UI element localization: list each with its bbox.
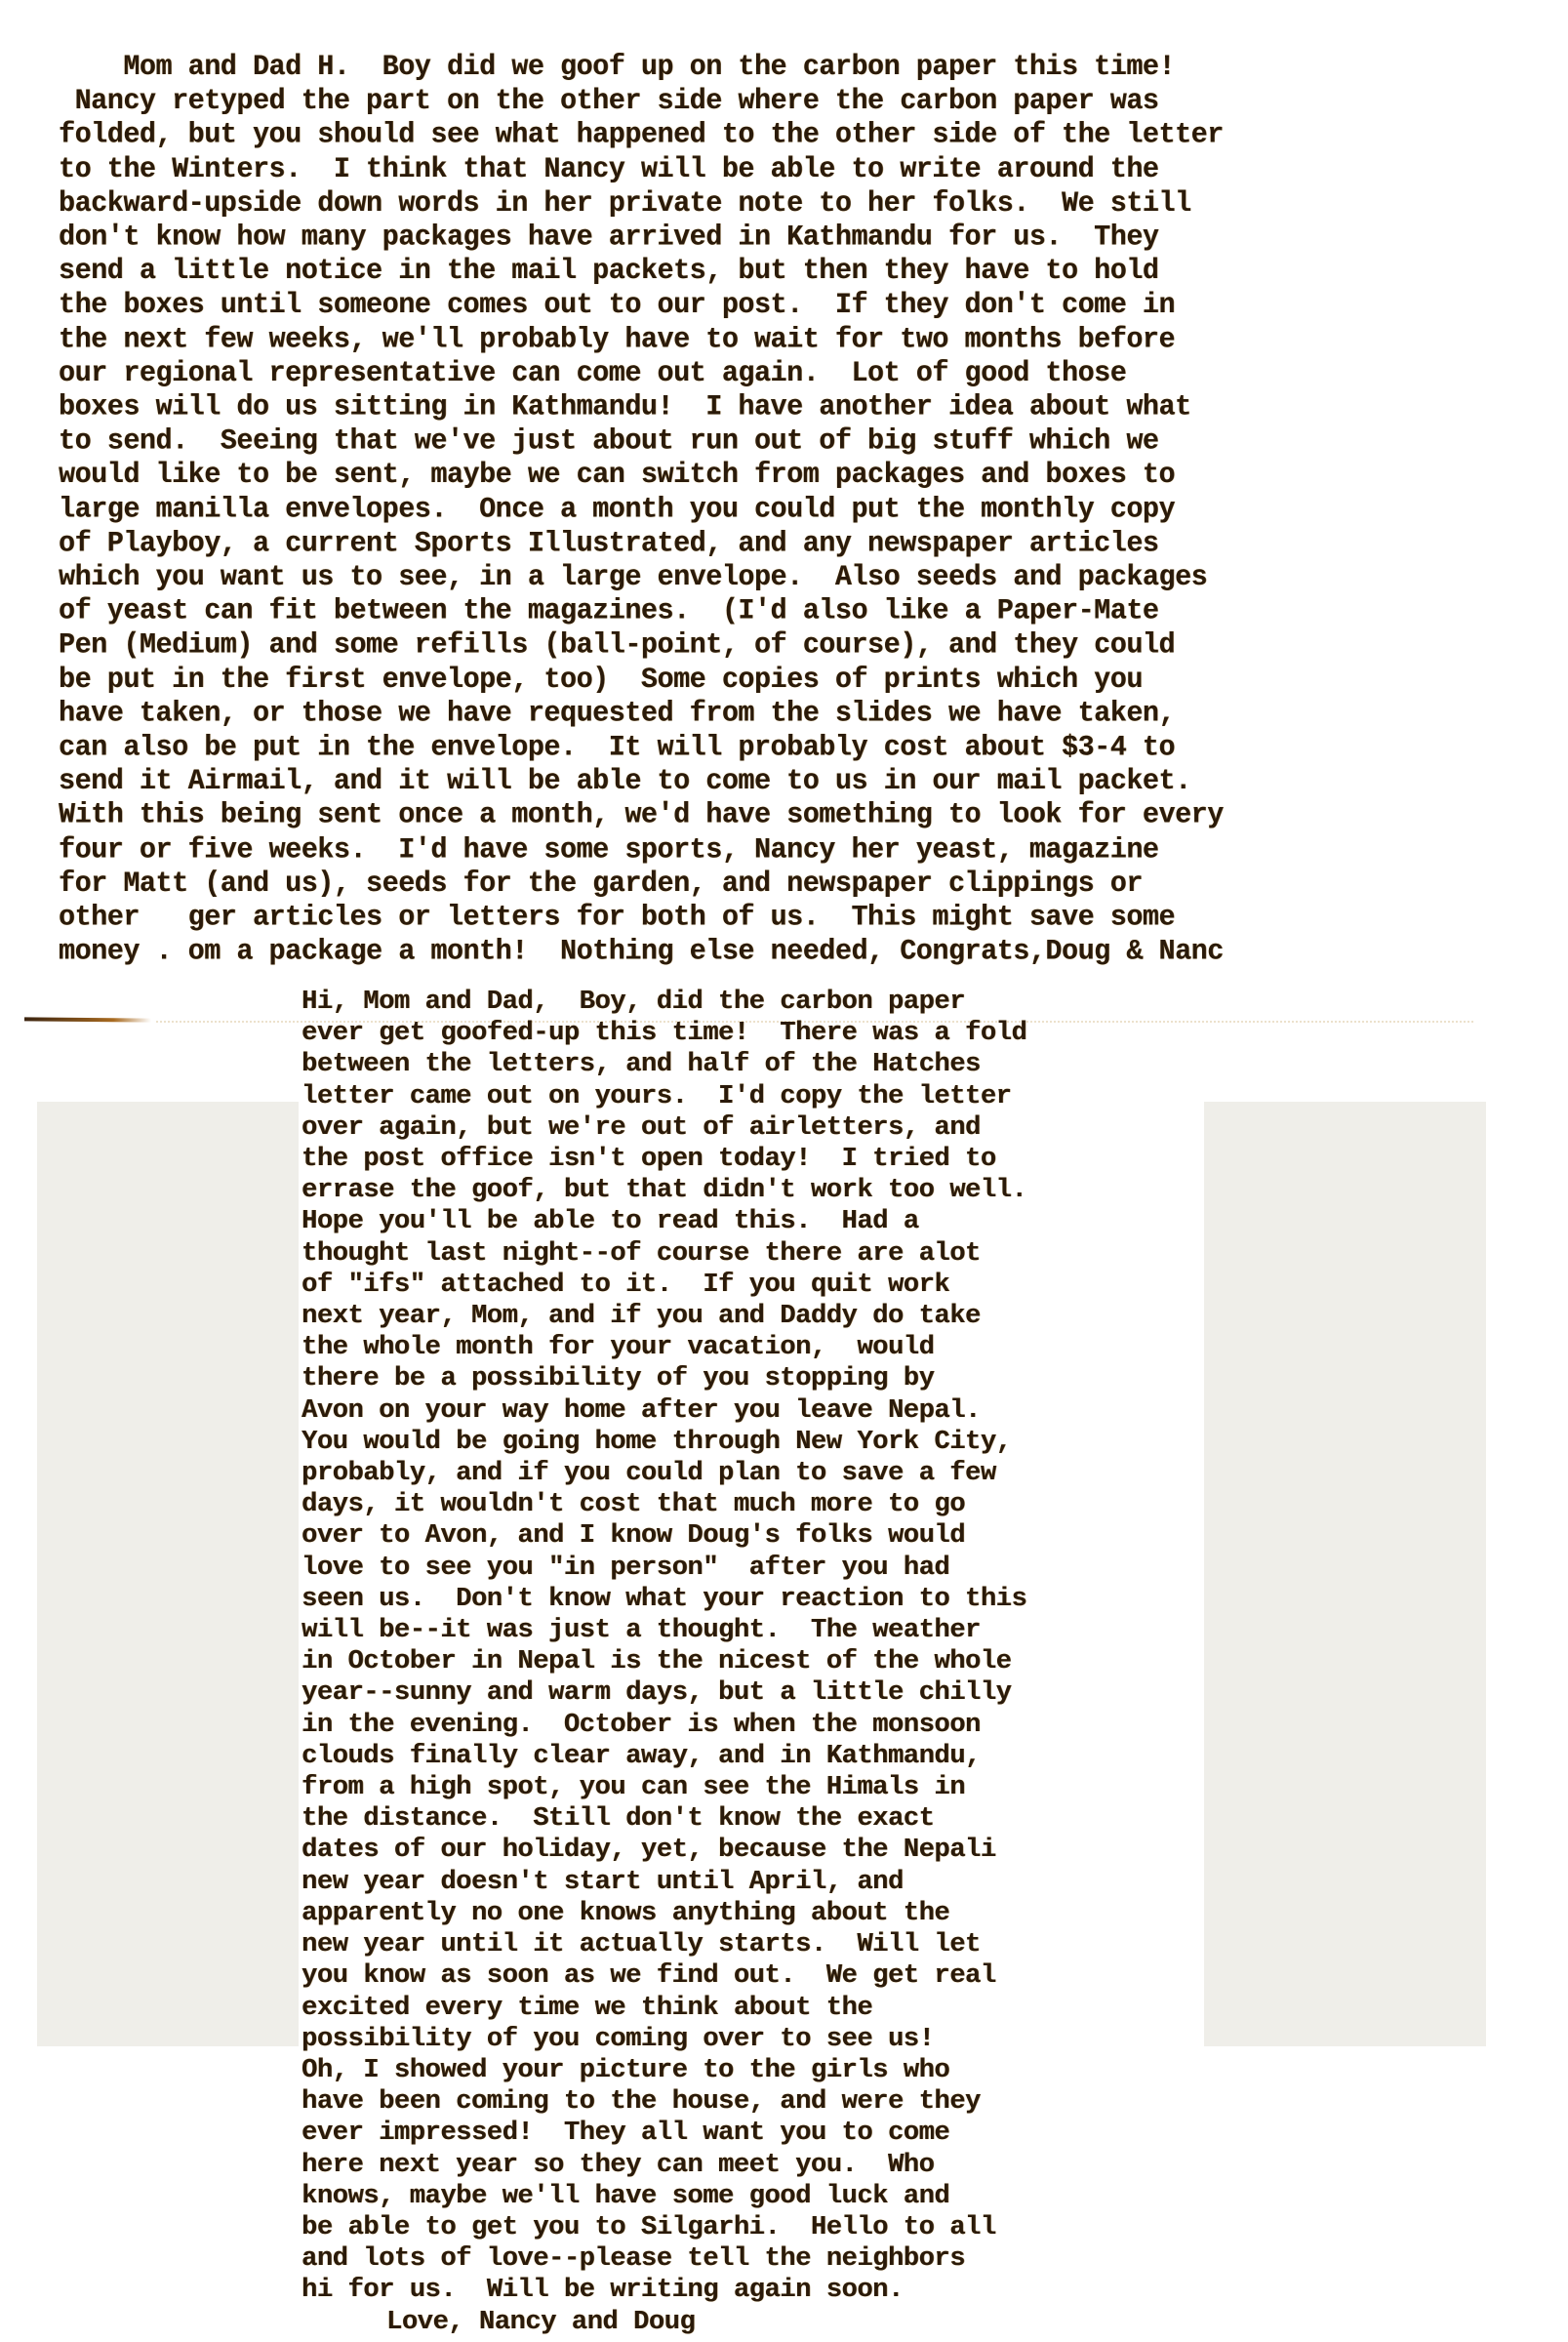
text-line: large manilla envelopes. Once a month yo… [59, 493, 1224, 527]
text-line: other ger articles or letters for both o… [59, 902, 1224, 936]
text-line: Avon on your way home after you leave Ne… [302, 1395, 1026, 1427]
text-line: can also be put in the envelope. It will… [59, 731, 1224, 765]
text-line: of "ifs" attached to it. If you quit wor… [302, 1270, 1026, 1301]
scan-margin-left [37, 1102, 299, 2046]
text-line: over again, but we're out of airletters,… [302, 1112, 1026, 1144]
text-line: of Playboy, a current Sports Illustrated… [59, 527, 1224, 561]
text-line: days, it wouldn't cost that much more to… [302, 1489, 1026, 1520]
text-line: and lots of love--please tell the neighb… [302, 2243, 1026, 2275]
text-line: backward-upside down words in her privat… [59, 186, 1224, 221]
text-line: be put in the first envelope, too) Some … [59, 664, 1224, 698]
text-line: clouds finally clear away, and in Kathma… [302, 1741, 1026, 1772]
text-line: of yeast can fit between the magazines. … [59, 595, 1224, 629]
text-line: Oh, I showed your picture to the girls w… [302, 2055, 1026, 2086]
text-line: the next few weeks, we'll probably have … [59, 323, 1224, 357]
text-line: Nancy retyped the part on the other side… [59, 85, 1224, 119]
top-letter-text: Mom and Dad H. Boy did we goof up on the… [59, 51, 1224, 969]
text-line: thought last night--of course there are … [302, 1238, 1026, 1270]
text-line: Hi, Mom and Dad, Boy, did the carbon pap… [302, 987, 1026, 1018]
signature: Love, Nancy and Doug [302, 2307, 1026, 2338]
text-line: in October in Nepal is the nicest of the… [302, 1646, 1026, 1677]
text-line: With this being sent once a month, we'd … [59, 799, 1224, 833]
text-line: new year doesn't start until April, and [302, 1867, 1026, 1898]
text-line: here next year so they can meet you. Who [302, 2150, 1026, 2181]
text-line: between the letters, and half of the Hat… [302, 1049, 1026, 1080]
text-line: excited every time we think about the [302, 1993, 1026, 2024]
text-line: ever impressed! They all want you to com… [302, 2118, 1026, 2149]
text-line: don't know how many packages have arrive… [59, 221, 1224, 255]
text-line: send a little notice in the mail packets… [59, 255, 1224, 289]
text-line: to send. Seeing that we've just about ru… [59, 424, 1224, 459]
text-line: next year, Mom, and if you and Daddy do … [302, 1301, 1026, 1332]
text-line: the distance. Still don't know the exact [302, 1803, 1026, 1835]
text-line: have been coming to the house, and were … [302, 2086, 1026, 2118]
text-line: hi for us. Will be writing again soon. [302, 2275, 1026, 2306]
text-line: love to see you "in person" after you ha… [302, 1553, 1026, 1584]
text-line: Hope you'll be able to read this. Had a [302, 1206, 1026, 1237]
text-line: be able to get you to Silgarhi. Hello to… [302, 2212, 1026, 2243]
text-line: Pen (Medium) and some refills (ball-poin… [59, 629, 1224, 664]
text-line: the boxes until someone comes out to our… [59, 289, 1224, 323]
text-line: folded, but you should see what happened… [59, 119, 1224, 153]
text-line: knows, maybe we'll have some good luck a… [302, 2181, 1026, 2212]
text-line: apparently no one knows anything about t… [302, 1898, 1026, 1929]
text-line: the whole month for your vacation, would [302, 1332, 1026, 1363]
text-line: our regional representative can come out… [59, 357, 1224, 391]
text-line: errase the goof, but that didn't work to… [302, 1175, 1026, 1206]
text-line: there be a possibility of you stopping b… [302, 1363, 1026, 1394]
text-line: possibility of you coming over to see us… [302, 2024, 1026, 2055]
text-line: money . om a package a month! Nothing el… [59, 935, 1224, 969]
text-line: in the evening. October is when the mons… [302, 1710, 1026, 1741]
text-line: boxes will do us sitting in Kathmandu! I… [59, 391, 1224, 425]
text-line: over to Avon, and I know Doug's folks wo… [302, 1520, 1026, 1552]
text-line: to the Winters. I think that Nancy will … [59, 153, 1224, 187]
bottom-letter-text: Hi, Mom and Dad, Boy, did the carbon pap… [302, 987, 1026, 2338]
text-line: for Matt (and us), seeds for the garden,… [59, 868, 1224, 902]
text-line: have taken, or those we have requested f… [59, 697, 1224, 731]
text-line: probably, and if you could plan to save … [302, 1458, 1026, 1489]
scan-margin-right [1204, 1102, 1486, 2046]
text-line: four or five weeks. I'd have some sports… [59, 833, 1224, 868]
text-line: you know as soon as we find out. We get … [302, 1960, 1026, 1992]
text-line: ever get goofed-up this time! There was … [302, 1018, 1026, 1049]
text-line: will be--it was just a thought. The weat… [302, 1615, 1026, 1646]
text-line: the post office isn't open today! I trie… [302, 1144, 1026, 1175]
text-line: dates of our holiday, yet, because the N… [302, 1835, 1026, 1866]
text-line: would like to be sent, maybe we can swit… [59, 459, 1224, 493]
text-line: which you want us to see, in a large env… [59, 561, 1224, 595]
text-line: new year until it actually starts. Will … [302, 1929, 1026, 1960]
text-line: year--sunny and warm days, but a little … [302, 1677, 1026, 1709]
text-line: send it Airmail, and it will be able to … [59, 765, 1224, 799]
text-line: Mom and Dad H. Boy did we goof up on the… [59, 51, 1224, 85]
text-line: letter came out on yours. I'd copy the l… [302, 1081, 1026, 1112]
text-line: seen us. Don't know what your reaction t… [302, 1584, 1026, 1615]
fold-crease-mark [24, 1017, 151, 1022]
text-line: You would be going home through New York… [302, 1427, 1026, 1458]
text-line: from a high spot, you can see the Himals… [302, 1772, 1026, 1803]
